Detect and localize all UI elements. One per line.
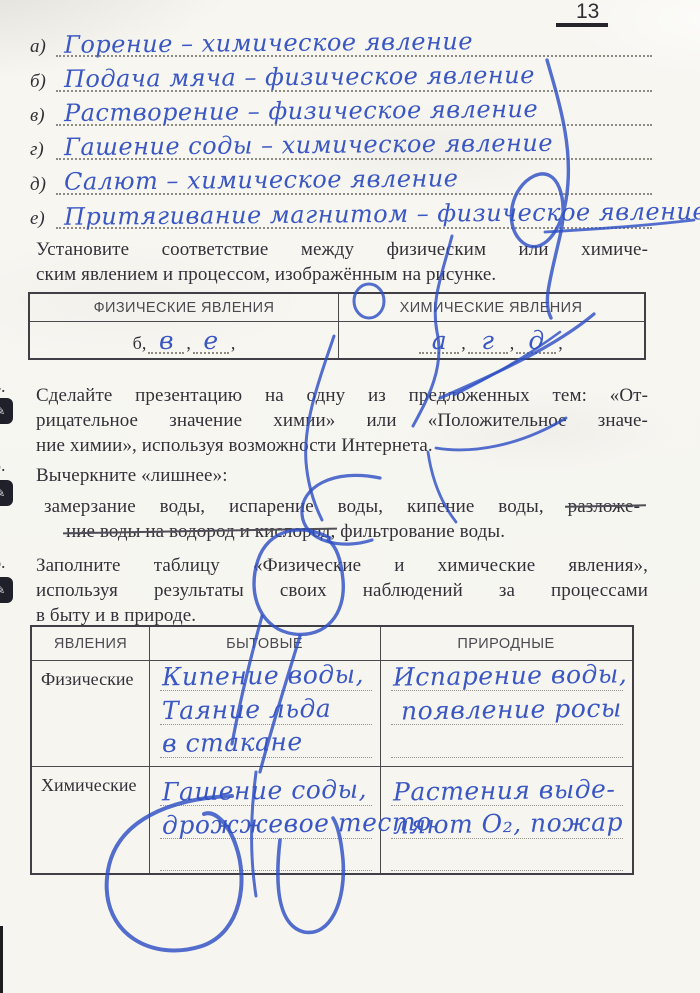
workbook-page: 13 а) Горение – химическое явление б) По… [0, 0, 700, 993]
handwritten-answer-d: Салют – химическое явление [64, 164, 459, 195]
phenomena-header-prirodnye: ПРИРОДНЫЕ [380, 636, 632, 652]
page-number-underline [556, 23, 608, 27]
pen-badge-icon: ✎ [0, 577, 13, 603]
handwritten-letter: в [148, 326, 184, 355]
handwritten-letter: г [468, 326, 508, 355]
printed-comma: , [231, 333, 236, 354]
hw-physical-natural-1: Испарение воды, [393, 659, 628, 691]
answer-label-e: е) [30, 208, 45, 230]
printed-comma: , [510, 333, 515, 354]
hw-physical-household-3: в стакане [162, 727, 303, 758]
crossout-line1: замерзание воды, испарение воды, кипение… [44, 495, 640, 519]
phenomena-header-bytovye: БЫТОВЫЕ [149, 636, 380, 652]
handwritten-answer-b: Подача мяча – физическое явление [64, 61, 535, 93]
write-line [391, 870, 623, 871]
presentation-line3: ние химии», используя возможности Интерн… [36, 434, 648, 458]
pen-badge-icon: ✎ [0, 398, 13, 424]
page-number: 13 [576, 0, 599, 24]
match-table-header-physical: ФИЗИЧЕСКИЕ ЯВЛЕНИЯ [30, 300, 338, 316]
answer-blank: д [516, 352, 556, 354]
answer-blank: а [419, 352, 459, 354]
phenomena-table-row-divider [32, 766, 632, 767]
hw-physical-household-2: Таяние льда [162, 694, 332, 725]
crossout-line1-normal: замерзание воды, испарение воды, кипение… [44, 496, 568, 517]
phenomena-table-divider-1 [149, 627, 150, 873]
hw-chemical-natural-2: ляют О₂, пожар [393, 807, 623, 839]
match-answer-physical: б, в , е , [30, 326, 338, 354]
hw-chemical-natural-1: Растения выде- [393, 774, 616, 806]
crossout-line2-struck: ние воды на водород и кислород [66, 521, 331, 542]
handwritten-answer-a: Горение – химическое явление [64, 27, 473, 59]
crossout-line2: ние воды на водород и кислород, фильтров… [66, 520, 678, 544]
phenomena-table: ЯВЛЕНИЯ БЫТОВЫЕ ПРИРОДНЫЕ Физические Хим… [30, 625, 634, 875]
margin-task-number-5: 5. [0, 455, 6, 476]
printed-answer-b: б, [133, 333, 147, 354]
handwritten-answer-e: Притягивание магнитом – физическое явлен… [64, 197, 700, 231]
presentation-line2: рицательное значение химии» или «Положит… [36, 409, 648, 433]
write-line [391, 757, 623, 758]
answer-label-b: б) [30, 71, 46, 93]
match-table: ФИЗИЧЕСКИЕ ЯВЛЕНИЯ ХИМИЧЕСКИЕ ЯВЛЕНИЯ б,… [28, 292, 646, 360]
row-label-chemical: Химические [41, 775, 137, 796]
scan-edge-line [0, 926, 3, 993]
answer-label-a: а) [30, 36, 46, 58]
answer-label-g: г) [30, 139, 44, 161]
answer-blank: г [468, 352, 508, 354]
printed-comma: , [186, 333, 191, 354]
match-table-header-chemical: ХИМИЧЕСКИЕ ЯВЛЕНИЯ [338, 300, 644, 316]
handwritten-answer-v: Растворение – физическое явление [64, 95, 538, 127]
match-instruction-line2: ским явлением и процессом, изображённым … [36, 263, 648, 287]
margin-task-number-6: 6. [0, 552, 6, 573]
crossout-title: Вычеркните «лишнее»: [36, 464, 648, 488]
answer-label-v: в) [30, 105, 45, 127]
match-instruction-line1: Установите соответствие между физическим… [36, 238, 648, 262]
match-answer-chemical: а , г , д , [338, 326, 644, 354]
handwritten-letter: д [516, 326, 556, 355]
filltable-line1: Заполните таблицу «Физические и химическ… [36, 554, 648, 578]
answer-blank: е [193, 352, 229, 354]
match-table-header-divider [30, 321, 644, 322]
handwritten-answer-g: Гашение соды – химическое явление [64, 129, 553, 161]
filltable-line2: используя результаты своих наблюдений за… [36, 579, 648, 603]
presentation-line1: Сделайте презентацию на одну из предложе… [36, 384, 648, 408]
handwritten-letter: е [193, 326, 229, 355]
hw-chemical-household-1: Гашение соды, [162, 775, 367, 807]
pen-badge-icon: ✎ [0, 480, 13, 506]
crossout-line1-struck: разложе- [568, 496, 640, 517]
answer-blank: в [148, 352, 184, 354]
write-line [160, 870, 372, 871]
hw-physical-natural-2: появление росы [401, 693, 622, 725]
margin-task-number-4: 4. [0, 376, 6, 397]
handwritten-letter: а [419, 326, 459, 355]
hw-physical-household-1: Кипение воды, [162, 660, 364, 692]
phenomena-header-yavleniya: ЯВЛЕНИЯ [32, 636, 149, 652]
printed-comma: , [461, 333, 466, 354]
hw-chemical-household-2: дрожжевое тесто [162, 807, 432, 840]
printed-comma: , [558, 333, 563, 354]
crossout-line2-normal: , фильтрование воды. [331, 521, 506, 542]
answer-label-d: д) [30, 174, 46, 196]
row-label-physical: Физические [41, 669, 133, 690]
